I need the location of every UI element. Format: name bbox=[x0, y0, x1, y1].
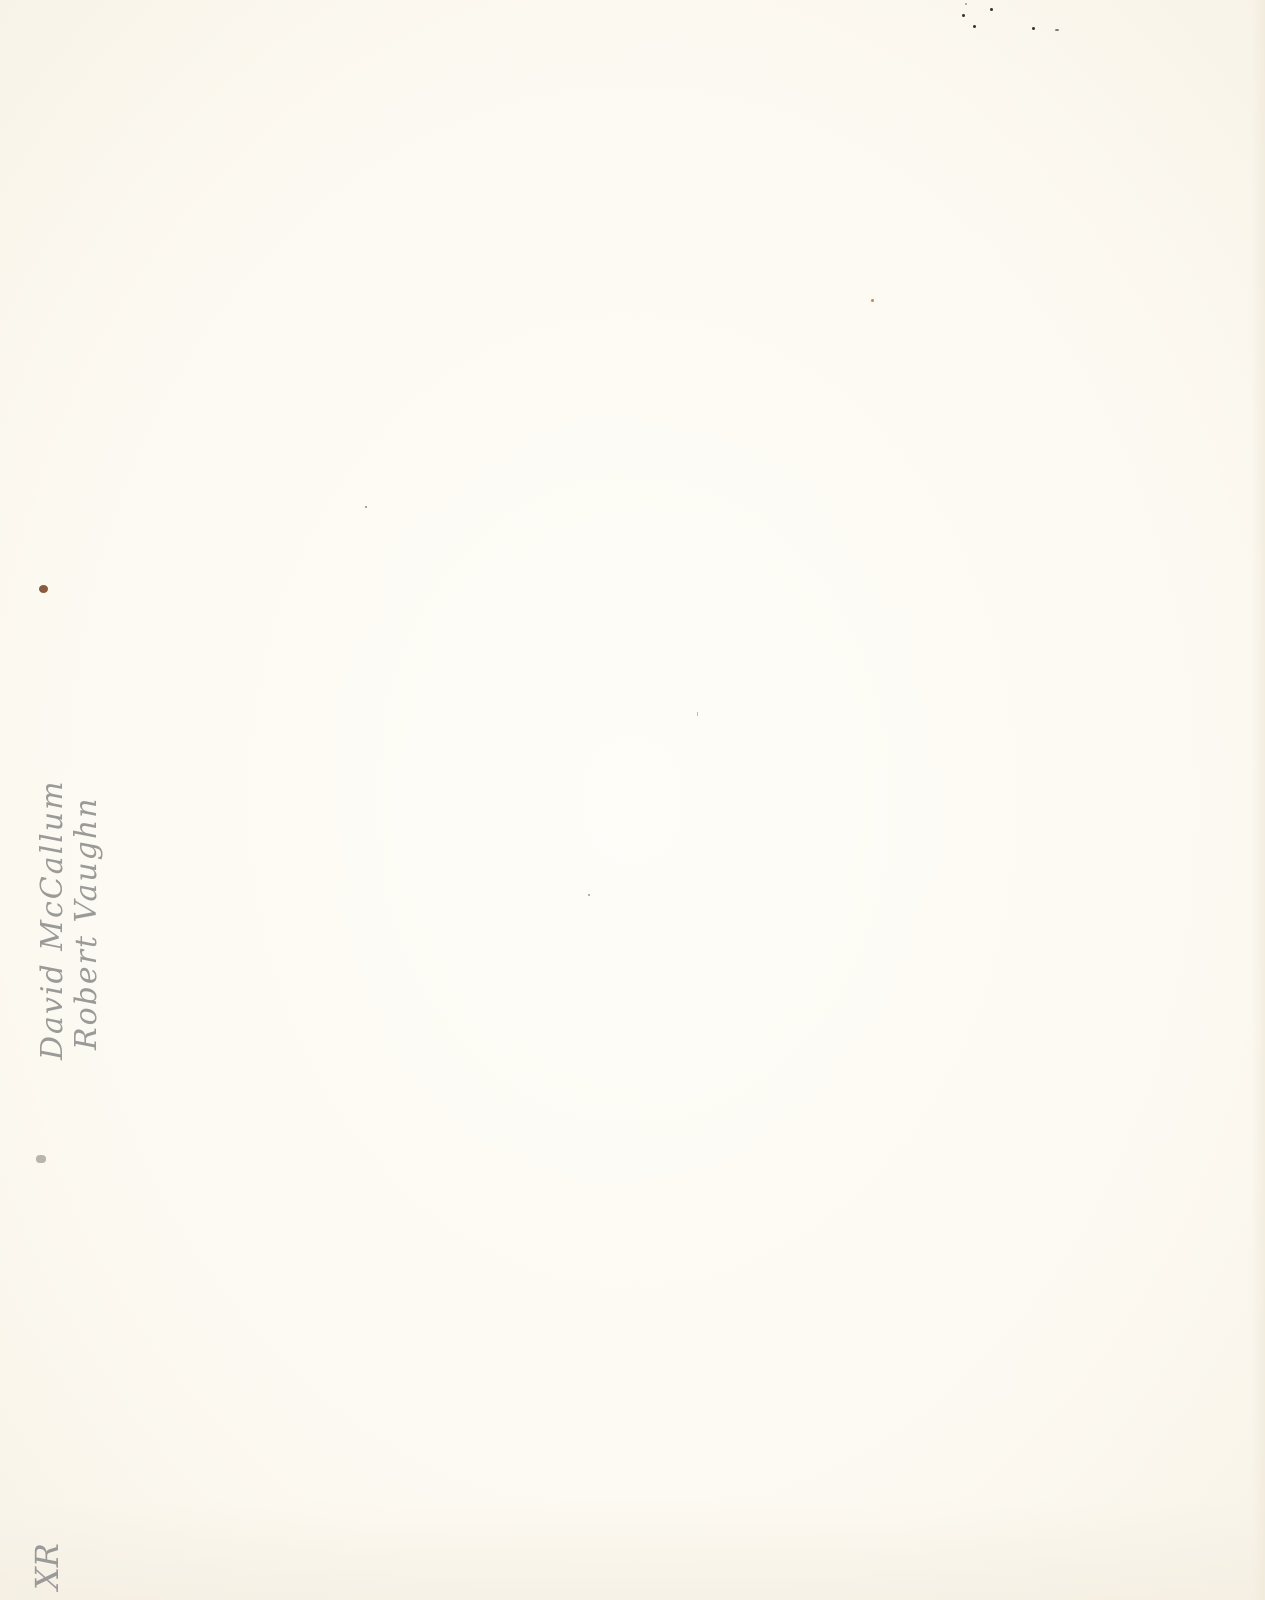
dust-speck bbox=[365, 506, 367, 508]
dust-speck bbox=[697, 712, 698, 716]
dust-speck bbox=[973, 25, 976, 28]
handwritten-name-2: Robert Vaughn bbox=[70, 779, 104, 1060]
dust-speck bbox=[962, 14, 965, 17]
paper-edge bbox=[1251, 0, 1265, 1600]
dust-speck bbox=[965, 3, 967, 5]
dust-speck bbox=[588, 894, 590, 896]
stain-spot bbox=[39, 585, 48, 593]
dust-speck bbox=[1055, 29, 1059, 31]
dust-speck bbox=[990, 8, 993, 11]
smudge-spot bbox=[36, 1155, 46, 1163]
handwritten-name-1: David McCallum bbox=[36, 779, 70, 1060]
photo-back-paper bbox=[0, 0, 1265, 1600]
corner-pencil-mark: XR bbox=[28, 1543, 66, 1590]
dust-speck bbox=[1032, 27, 1035, 30]
paper-shading bbox=[0, 1500, 1265, 1600]
dust-speck bbox=[871, 299, 874, 302]
handwritten-caption: David McCallum Robert Vaughn bbox=[36, 779, 104, 1060]
